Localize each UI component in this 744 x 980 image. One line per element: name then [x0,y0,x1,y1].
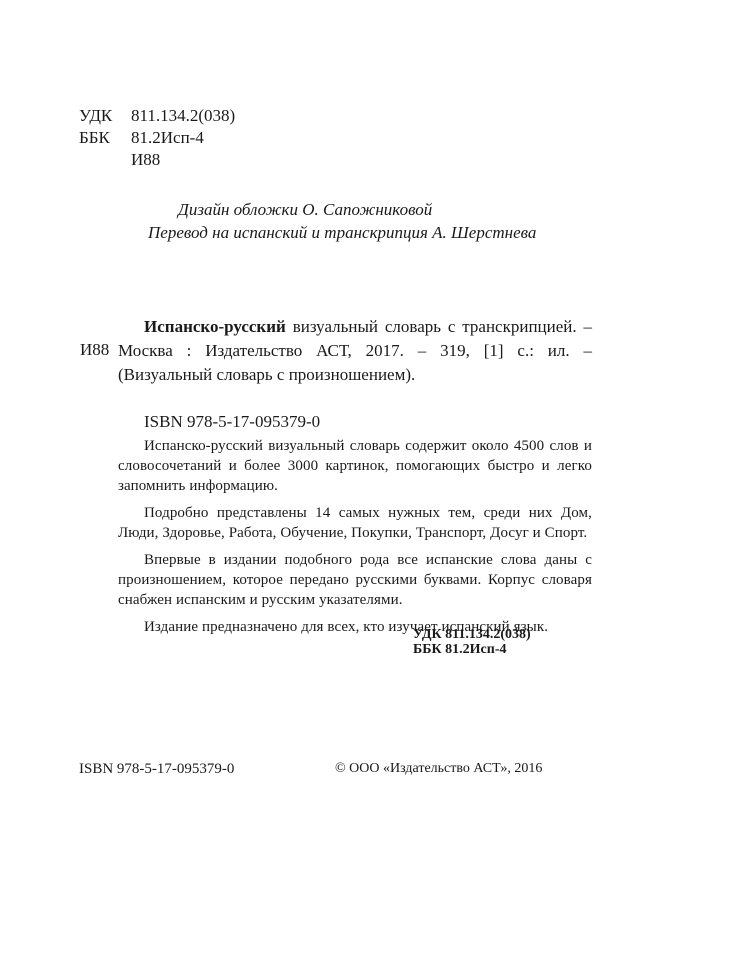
bibliographic-description: Испанско-русский визуальный словарь с тр… [118,315,592,387]
bbk-row: ББК81.2Исп-4 [79,127,235,149]
annotation-paragraph: Подробно представлены 14 самых нужных те… [118,503,592,543]
udk-label: УДК [79,105,131,127]
translation-credit: Перевод на испанский и транскрипция А. Ш… [148,221,536,244]
author-mark: И88 [79,149,235,171]
classification-block: УДК811.134.2(038) ББК81.2Исп-4 И88 [79,105,235,171]
copyright-notice: © ООО «Издательство АСТ», 2016 [335,761,542,777]
annotation-paragraph: Испанско-русский визуальный словарь соде… [118,436,592,496]
footer-isbn: ISBN 978-5-17-095379-0 [79,761,234,778]
cover-design-credit: Дизайн обложки О. Сапожниковой [178,198,536,221]
bbk-label: ББК [79,127,131,149]
biblio-author-mark: И88 [80,340,109,360]
bbk-footer: ББК 81.2Исп-4 [413,642,531,657]
udk-footer: УДК 811.134.2(038) [413,627,531,642]
annotation: Испанско-русский визуальный словарь соде… [118,436,592,644]
bibliographic-entry: Испанско-русский визуальный словарь с тр… [118,315,592,387]
book-title: Испанско-русский [144,317,286,336]
credits-block: Дизайн обложки О. Сапожниковой Перевод н… [178,198,536,244]
bbk-value: 81.2Исп-4 [131,128,204,147]
classification-footer: УДК 811.134.2(038) ББК 81.2Исп-4 [413,627,531,657]
udk-row: УДК811.134.2(038) [79,105,235,127]
udk-value: 811.134.2(038) [131,106,235,125]
annotation-paragraph: Впервые в издании подобного рода все исп… [118,550,592,610]
isbn-line: ISBN 978-5-17-095379-0 [144,412,320,432]
